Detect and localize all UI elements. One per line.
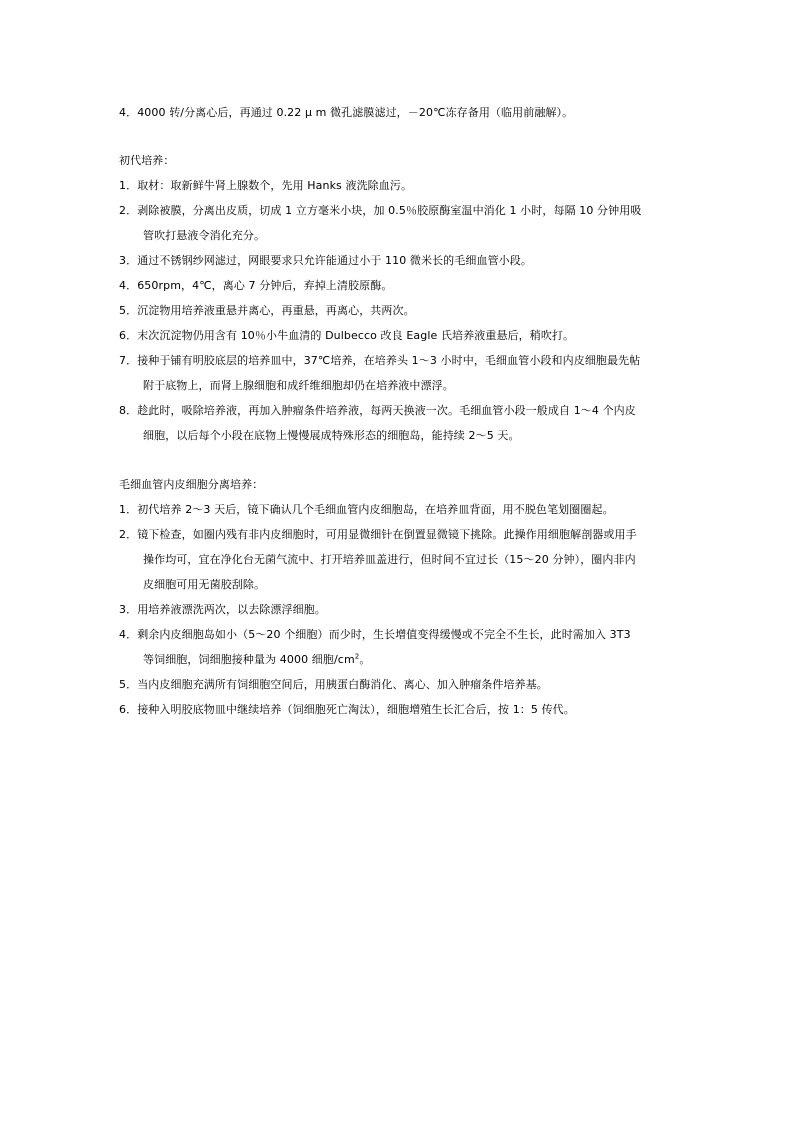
primary-step-5: 5．沉淀物用培养液重悬并离心，再重悬，再离心，共两次。	[119, 304, 415, 318]
primary-step-7: 7．接种于铺有明胶底层的培养皿中，37℃培养，在培养头 1～3 小时中，毛细血管…	[119, 354, 640, 368]
endo-step-4: 4．剩余内皮细胞岛如小（5～20 个细胞）而少时，生长增值变得缓慢或不完全不生长…	[119, 628, 631, 642]
section-heading-endothelial-culture: 毛细血管内皮细胞分离培养：	[119, 478, 263, 492]
endo-step-2: 2．镜下检查，如圈内残有非内皮细胞时，可用显微细针在倒置显微镜下挑除。此操作用细…	[119, 528, 637, 542]
endo-step-1: 1．初代培养 2～3 天后，镜下确认几个毛细血管内皮细胞岛，在培养皿背面，用不脱…	[119, 503, 614, 517]
document-page: 4．4000 转/分离心后，再通过 0.22 μ m 微孔滤膜滤过，－20℃冻存…	[0, 0, 793, 1122]
primary-step-7-cont: 附于底物上，而肾上腺细胞和成纤维细胞却仍在培养液中漂浮。	[143, 379, 454, 393]
primary-step-2-cont: 管吹打悬液令消化充分。	[143, 229, 265, 243]
primary-step-8-cont: 细胞，以后每个小段在底物上慢慢展成特殊形态的细胞岛，能持续 2～5 天。	[143, 429, 520, 443]
primary-step-6: 6．末次沉淀物仍用含有 10％小牛血清的 Dulbecco 改良 Eagle 氏…	[119, 329, 574, 343]
primary-step-2: 2．剥除被膜，分离出皮质，切成 1 立方毫米小块，加 0.5％胶原酶室温中消化 …	[119, 204, 641, 218]
endo-step-6: 6．接种入明胶底物皿中继续培养（饲细胞死亡淘汰），细胞增殖生长汇合后，按 1：5…	[119, 703, 575, 717]
endo-step-4-cont: 等饲细胞，饲细胞接种量为 4000 细胞/cm2。	[143, 653, 370, 667]
endo-step-2-cont-2: 皮细胞可用无菌胶刮除。	[143, 578, 265, 592]
primary-step-1: 1．取材：取新鲜牛肾上腺数个，先用 Hanks 液洗除血污。	[119, 179, 412, 193]
primary-step-3: 3．通过不锈钢纱网滤过，网眼要求只允许能通过小于 110 微米长的毛细血管小段。	[119, 254, 532, 268]
endo-step-4-suffix: 。	[359, 653, 370, 666]
endo-step-2-cont-1: 操作均可，宜在净化台无菌气流中、打开培养皿盖进行，但时间不宜过长（15～20 分…	[143, 553, 636, 567]
primary-step-4: 4．650rpm，4℃，离心 7 分钟后，弃掉上清胶原酶。	[119, 279, 392, 293]
endo-step-4-cont-text: 等饲细胞，饲细胞接种量为 4000 细胞/cm	[143, 653, 355, 666]
prep-step-4: 4．4000 转/分离心后，再通过 0.22 μ m 微孔滤膜滤过，－20℃冻存…	[119, 106, 573, 120]
section-heading-primary-culture: 初代培养：	[119, 154, 175, 168]
endo-step-3: 3．用培养液漂洗两次，以去除漂浮细胞。	[119, 603, 326, 617]
endo-step-5: 5．当内皮细胞充满所有饲细胞空间后，用胰蛋白酶消化、离心、加入肿瘤条件培养基。	[119, 678, 548, 692]
primary-step-8: 8．趁此时，吸除培养液，再加入肿瘤条件培养液，每两天换液一次。毛细血管小段一般成…	[119, 404, 636, 418]
